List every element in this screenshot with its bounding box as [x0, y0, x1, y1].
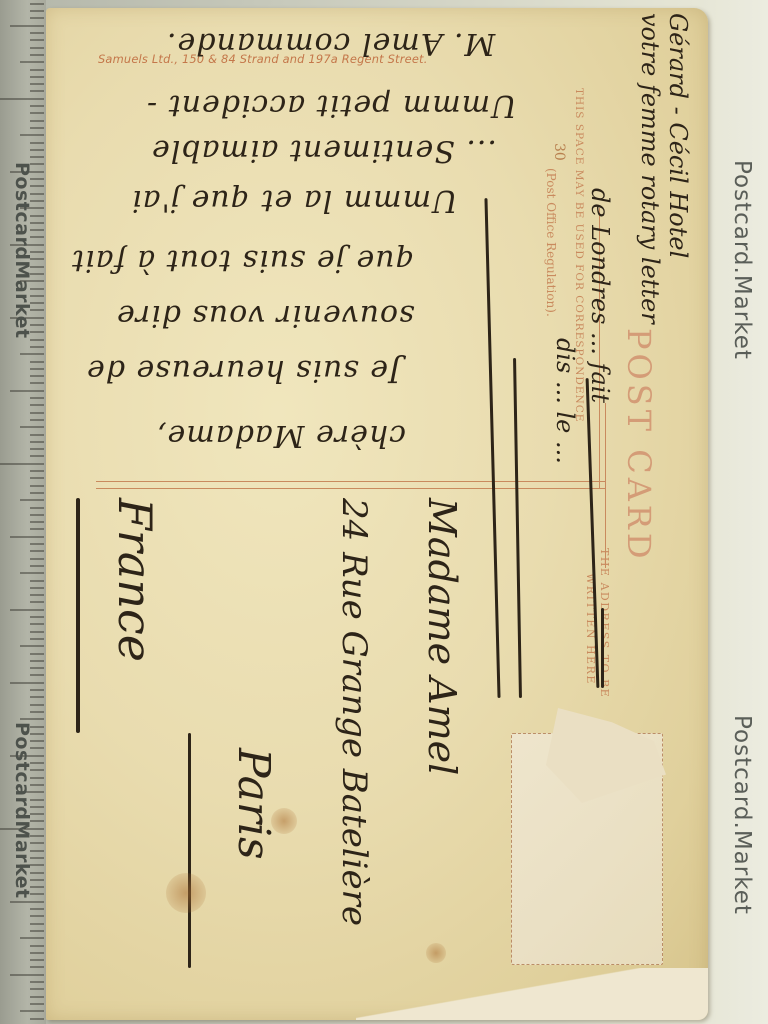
message-line: que je suis tout à fait	[71, 243, 415, 278]
postmark: 30	[551, 143, 567, 161]
measuring-ruler: PostcardMarket PostcardMarket	[0, 0, 46, 1024]
address-street: 24 Rue Grange Batelière	[334, 498, 374, 926]
horizontal-divider	[96, 481, 606, 489]
message-line: M. Amel commande.	[166, 26, 495, 61]
message-line: Ummm petit accident -	[146, 88, 516, 123]
side-watermark-bottom: Postcard.Market	[716, 660, 768, 970]
city-underline	[188, 733, 191, 968]
corner-wear	[356, 968, 708, 1020]
address-country: France	[108, 498, 162, 662]
pen-stroke	[484, 198, 500, 698]
country-underline	[76, 498, 80, 733]
pen-stroke	[513, 358, 521, 698]
address-city: Paris	[228, 748, 279, 860]
ruler-watermark-bottom: PostcardMarket	[2, 660, 42, 960]
address-name: Madame Amel	[420, 498, 464, 775]
address-instruction-1: THE ADDRESS TO BE	[598, 548, 611, 698]
margin-note: Gérard - Cécil Hotel	[664, 13, 692, 258]
message-line: chère Madame,	[156, 418, 406, 453]
foxing-stain	[426, 943, 446, 963]
margin-note: dis ... le ...	[551, 338, 579, 464]
foxing-stain	[166, 873, 206, 913]
postcard-back: Samuels Ltd., 150 & 84 Strand and 197a R…	[46, 8, 708, 1020]
side-watermark-top: Postcard.Market	[716, 110, 768, 410]
postcard-title: POST CARD	[620, 328, 658, 563]
message-line: Je suis heureuse de	[86, 353, 401, 388]
ruler-watermark-top: PostcardMarket	[2, 100, 42, 400]
message-line: souvenir vous dire	[116, 298, 414, 333]
margin-note: de Londres ... fait	[586, 188, 614, 403]
message-line: Ummm la et que j'ai	[131, 183, 457, 218]
regulation-note: (Post Office Regulation).	[544, 168, 558, 317]
message-line: ... Sentiment aimable	[151, 133, 497, 168]
margin-note: votre femme rotary letter	[636, 13, 664, 324]
pen-stroke	[601, 608, 604, 688]
foxing-stain	[271, 808, 297, 834]
vertical-rule-right	[605, 403, 606, 568]
